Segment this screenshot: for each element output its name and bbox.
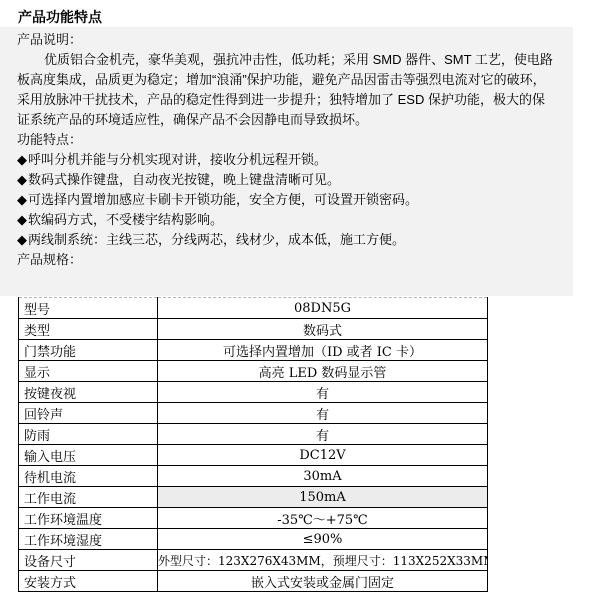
table-row: 安装方式 嵌入式安装或金属门固定 (19, 571, 488, 592)
page-title: 产品功能特点 (0, 0, 589, 27)
spec-value: 有 (158, 382, 488, 403)
feature-item-text: 呼叫分机并能与分机实现对讲，接收分机远程开锁。 (28, 152, 327, 167)
table-row: 显示 高亮 LED 数码显示管 (19, 361, 488, 382)
feature-item: ◆软编码方式，不受楼宇结构影响。 (17, 210, 557, 230)
spec-value: DC12V (158, 445, 488, 466)
diamond-bullet-icon: ◆ (17, 192, 27, 207)
spec-label: 型号 (19, 298, 158, 319)
table-row: 按键夜视 有 (19, 382, 488, 403)
table-row: 防雨 有 (19, 424, 488, 445)
table-row: 门禁功能 可选择内置增加（ID 或者 IC 卡） (19, 340, 488, 361)
feature-item: ◆呼叫分机并能与分机实现对讲，接收分机远程开锁。 (17, 150, 557, 170)
product-intro-block: 产品说明： 优质铝合金机壳，豪华美观，强抗冲击性，低功耗；采用 SMD 器件、S… (0, 27, 573, 296)
table-row: 工作电流 150mA (19, 487, 488, 508)
feature-item-text: 数码式操作键盘，自动夜光按键，晚上键盘清晰可见。 (28, 172, 340, 187)
feature-item-text: 两线制系统：主线三芯，分线两芯，线材少，成本低，施工方便。 (28, 232, 405, 247)
spec-value: 有 (158, 424, 488, 445)
feature-list: ◆呼叫分机并能与分机实现对讲，接收分机远程开锁。 ◆数码式操作键盘，自动夜光按键… (17, 150, 557, 250)
table-row: 设备尺寸 外型尺寸：123X276X43MM，预埋尺寸：113X252X33MM (19, 550, 488, 571)
spec-label: 输入电压 (19, 445, 158, 466)
spec-label: 设备尺寸 (19, 550, 158, 571)
spec-label: 待机电流 (19, 466, 158, 487)
spec-value: 嵌入式安装或金属门固定 (158, 571, 488, 592)
diamond-bullet-icon: ◆ (17, 172, 27, 187)
diamond-bullet-icon: ◆ (17, 152, 27, 167)
description-paragraph: 优质铝合金机壳，豪华美观，强抗冲击性，低功耗；采用 SMD 器件、SMT 工艺，… (17, 50, 557, 130)
spec-table: 型号 08DN5G 类型 数码式 门禁功能 可选择内置增加（ID 或者 IC 卡… (18, 297, 488, 592)
table-row: 类型 数码式 (19, 319, 488, 340)
spec-label: 显示 (19, 361, 158, 382)
spec-value: 可选择内置增加（ID 或者 IC 卡） (158, 340, 488, 361)
spec-label: 工作电流 (19, 487, 158, 508)
spec-label: 安装方式 (19, 571, 158, 592)
feature-item: ◆两线制系统：主线三芯，分线两芯，线材少，成本低，施工方便。 (17, 230, 557, 250)
table-row: 待机电流 30mA (19, 466, 488, 487)
spec-value: 08DN5G (158, 298, 488, 319)
section-label-features: 功能特点： (17, 130, 557, 150)
feature-item-text: 软编码方式，不受楼宇结构影响。 (28, 212, 223, 227)
spec-value: 高亮 LED 数码显示管 (158, 361, 488, 382)
spec-value-highlighted: 150mA (158, 487, 488, 508)
feature-item: ◆可选择内置增加感应卡刷卡开锁功能，安全方便，可设置开锁密码。 (17, 190, 557, 210)
spec-value: 外型尺寸：123X276X43MM，预埋尺寸：113X252X33MM (158, 550, 488, 571)
table-row: 工作环境温度 -35℃～+75℃ (19, 508, 488, 529)
diamond-bullet-icon: ◆ (17, 212, 27, 227)
table-row: 型号 08DN5G (19, 298, 488, 319)
spec-label: 门禁功能 (19, 340, 158, 361)
spec-value: 30mA (158, 466, 488, 487)
feature-item: ◆数码式操作键盘，自动夜光按键，晚上键盘清晰可见。 (17, 170, 557, 190)
spec-label: 工作环境温度 (19, 508, 158, 529)
spec-label: 类型 (19, 319, 158, 340)
spec-label: 防雨 (19, 424, 158, 445)
spec-value: ≤90% (158, 529, 488, 550)
section-label-specs: 产品规格： (17, 250, 557, 270)
section-label-description: 产品说明： (17, 30, 557, 50)
spec-value: -35℃～+75℃ (158, 508, 488, 529)
table-row: 工作环境湿度 ≤90% (19, 529, 488, 550)
spec-label: 回铃声 (19, 403, 158, 424)
spec-value: 数码式 (158, 319, 488, 340)
spec-label: 工作环境湿度 (19, 529, 158, 550)
feature-item-text: 可选择内置增加感应卡刷卡开锁功能，安全方便，可设置开锁密码。 (28, 192, 418, 207)
spec-label: 按键夜视 (19, 382, 158, 403)
diamond-bullet-icon: ◆ (17, 232, 27, 247)
spec-value: 有 (158, 403, 488, 424)
table-row: 回铃声 有 (19, 403, 488, 424)
table-row: 输入电压 DC12V (19, 445, 488, 466)
